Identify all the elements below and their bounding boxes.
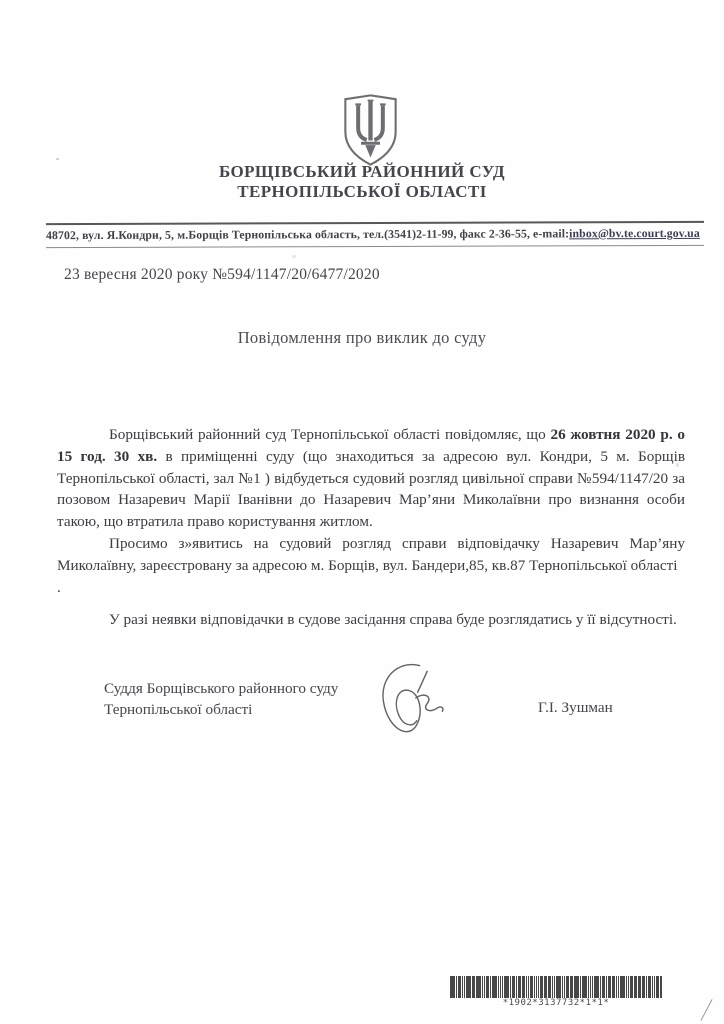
judge-role-line1: Суддя Борщівського районного суду	[104, 678, 338, 699]
scan-speck	[676, 463, 679, 467]
court-address-text: 48702, вул. Я.Кондри, 5, м.Борщів Терноп…	[46, 226, 569, 242]
court-name: БОРЩІВСЬКИЙ РАЙОННИЙ СУД ТЕРНОПІЛЬСЬКОЇ …	[60, 162, 664, 202]
scanned-court-document: БОРЩІВСЬКИЙ РАЙОННИЙ СУД ТЕРНОПІЛЬСЬКОЇ …	[0, 0, 724, 1024]
court-name-line1: БОРЩІВСЬКИЙ РАЙОННИЙ СУД	[60, 162, 664, 182]
judge-role: Суддя Борщівського районного суду Терноп…	[104, 678, 338, 720]
court-name-line2: ТЕРНОПІЛЬСЬКОЇ ОБЛАСТІ	[60, 182, 664, 202]
court-email: inbox@bv.te.court.gov.ua	[569, 226, 700, 240]
document-body: Борщівський районний суд Тернопільської …	[57, 424, 685, 631]
scan-speck	[292, 255, 296, 258]
judge-role-line2: Тернопільської області	[104, 699, 338, 720]
letterhead-address-block: 48702, вул. Я.Кондри, 5, м.Борщів Терноп…	[46, 221, 704, 248]
ukraine-trident-emblem-icon	[342, 93, 399, 167]
handwritten-signature	[362, 658, 462, 753]
document-title: Повідомлення про виклик до суду	[0, 328, 724, 348]
letterhead-rule-bottom	[46, 245, 704, 248]
scan-artifact	[700, 999, 712, 1021]
paragraph-3: У разі неявки відповідачки в судове засі…	[57, 609, 685, 631]
paragraph-2: Просимо з»явитись на судовий розгляд спр…	[57, 533, 685, 577]
court-address: 48702, вул. Я.Кондри, 5, м.Борщів Терноп…	[46, 226, 704, 243]
stray-period: .	[57, 577, 685, 599]
date-and-case-number: 23 вересня 2020 року №594/1147/20/6477/2…	[64, 266, 380, 284]
judge-name: Г.І. Зушман	[538, 699, 613, 717]
paragraph-1: Борщівський районний суд Тернопільської …	[57, 424, 685, 533]
barcode: *1902*3137732*1*1*	[450, 976, 662, 1008]
barcode-bars	[450, 976, 662, 998]
barcode-text: *1902*3137732*1*1*	[450, 998, 662, 1008]
scan-speck	[56, 158, 59, 160]
letterhead-rule-top	[46, 221, 704, 225]
